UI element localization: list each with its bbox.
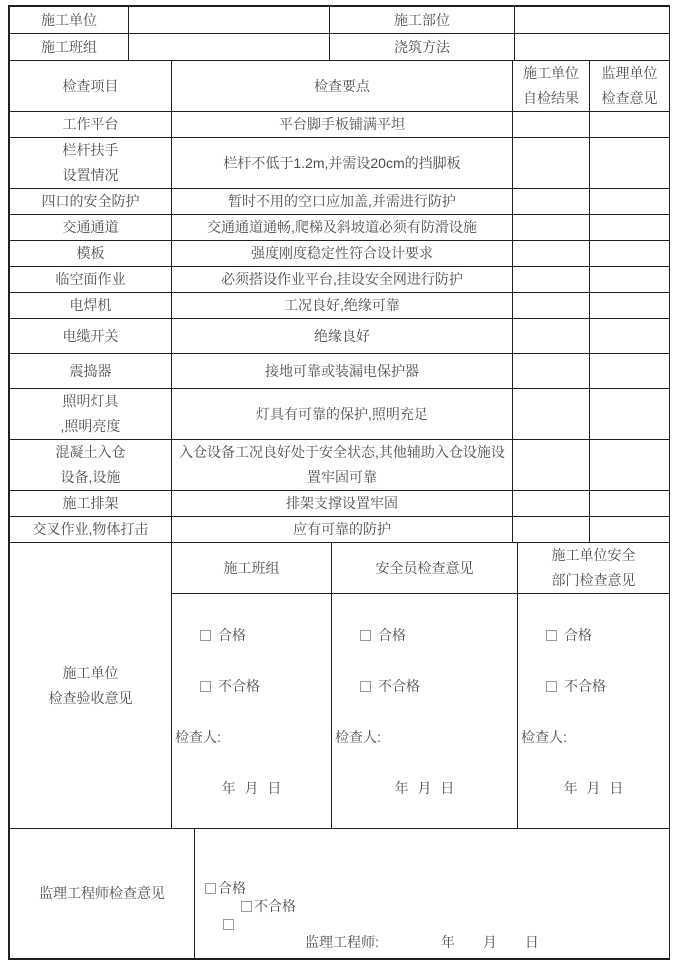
crew-review-cell: 合格 不合格 检查人: 年 月 日 — [172, 594, 332, 829]
fail-option[interactable]: 不合格 — [334, 673, 515, 699]
table-row: 四口的安全防护 暂时不用的空口应加盖,并需进行防护 — [10, 189, 670, 215]
item-label: 震捣器 — [10, 354, 172, 389]
self-check-result-cell[interactable] — [513, 189, 590, 215]
construction-crew-label: 施工班组 — [10, 34, 129, 61]
point-text: 绝缘良好 — [172, 319, 513, 354]
acceptance-header-row: 施工单位 检查验收意见 施工班组 安全员检查意见 施工单位安全 部门检查意见 — [10, 543, 670, 594]
table-row: 施工单位 施工部位 — [10, 7, 670, 34]
self-check-result-cell[interactable] — [513, 389, 590, 440]
table-row: 电焊机 工况良好,绝缘可靠 — [10, 293, 670, 319]
item-label: 栏杆扶手 设置情况 — [10, 138, 172, 189]
supervisor-opinion-cell[interactable] — [590, 517, 670, 543]
checkbox-icon[interactable] — [223, 919, 234, 930]
point-text: 必须搭设作业平台,挂设安全网进行防护 — [172, 267, 513, 293]
checkbox-icon[interactable] — [205, 883, 216, 894]
point-text: 应有可靠的防护 — [172, 517, 513, 543]
supervisor-signer-label: 监理工程师: — [305, 933, 379, 951]
safety-officer-review-cell: 合格 不合格 检查人: 年 月 日 — [332, 594, 518, 829]
table-row: 震捣器 接地可靠或装漏电保护器 — [10, 354, 670, 389]
acceptance-col-safety-officer: 安全员检查意见 — [332, 543, 518, 594]
point-text: 工况良好,绝缘可靠 — [172, 293, 513, 319]
inspector-label: 检查人: — [174, 724, 329, 750]
pass-label: 合格 — [378, 627, 406, 643]
item-label: 电焊机 — [10, 293, 172, 319]
self-check-result-cell[interactable] — [513, 440, 590, 491]
pass-option[interactable]: 合格 — [174, 622, 329, 648]
inspection-form: 施工单位 施工部位 施工班组 浇筑方法 检查项目 检查要点 施工单位 自检结果 … — [8, 5, 670, 960]
self-check-result-cell[interactable] — [513, 517, 590, 543]
other-option[interactable] — [223, 916, 236, 932]
self-check-result-cell[interactable] — [513, 241, 590, 267]
supervisor-opinion-cell[interactable] — [590, 440, 670, 491]
fail-option[interactable]: 不合格 — [241, 898, 296, 914]
item-label: 施工排架 — [10, 491, 172, 517]
pass-option[interactable]: 合格 — [520, 622, 667, 648]
supervisor-opinion-cell[interactable] — [590, 354, 670, 389]
construction-part-value[interactable] — [515, 7, 670, 34]
checkbox-icon[interactable] — [200, 630, 211, 641]
table-row: 模板 强度刚度稳定性符合设计要求 — [10, 241, 670, 267]
construction-unit-label: 施工单位 — [10, 7, 129, 34]
item-label: 交通通道 — [10, 215, 172, 241]
fail-label: 不合格 — [254, 898, 296, 914]
date-placeholder: 年 月 日 — [174, 775, 329, 801]
table-row: 施工排架 排架支撑设置牢固 — [10, 491, 670, 517]
construction-part-label: 施工部位 — [330, 7, 515, 34]
self-check-result-cell[interactable] — [513, 293, 590, 319]
supervisor-opinion-cell[interactable] — [590, 138, 670, 189]
point-text: 入仓设备工况良好处于安全状态,其他辅助入仓设施设 置牢固可靠 — [172, 440, 513, 491]
checklist-table: 检查项目 检查要点 施工单位 自检结果 监理单位 检查意见 工作平台 平台脚手板… — [9, 60, 670, 543]
table-row: 工作平台 平台脚手板铺满平坦 — [10, 112, 670, 138]
fail-option[interactable]: 不合格 — [520, 673, 667, 699]
checkbox-icon[interactable] — [360, 630, 371, 641]
date-placeholder: 年 月 日 — [520, 775, 667, 801]
point-text: 强度刚度稳定性符合设计要求 — [172, 241, 513, 267]
supervisor-opinion-cell[interactable] — [590, 389, 670, 440]
supervisor-table: 监理工程师检查意见 合格 不合格 监理工程师: 年 月 日 — [9, 828, 670, 959]
supervisor-opinion-area: 合格 不合格 监理工程师: 年 月 日 — [195, 829, 670, 959]
checkbox-icon[interactable] — [546, 630, 557, 641]
item-label: 混凝土入仓 设备,设施 — [10, 440, 172, 491]
date-placeholder: 年 月 日 — [334, 775, 515, 801]
checkbox-icon[interactable] — [200, 681, 211, 692]
item-label: 交叉作业,物体打击 — [10, 517, 172, 543]
fail-option[interactable]: 不合格 — [174, 673, 329, 699]
table-row: 施工班组 浇筑方法 — [10, 34, 670, 61]
item-label: 电缆开关 — [10, 319, 172, 354]
pouring-method-value[interactable] — [515, 34, 670, 61]
pass-option[interactable]: 合格 — [334, 622, 515, 648]
self-check-result-cell[interactable] — [513, 112, 590, 138]
pouring-method-label: 浇筑方法 — [330, 34, 515, 61]
table-row: 栏杆扶手 设置情况 栏杆不低于1.2m,并需设20cm的挡脚板 — [10, 138, 670, 189]
checkbox-icon[interactable] — [241, 901, 252, 912]
table-row: 临空面作业 必须搭设作业平台,挂设安全网进行防护 — [10, 267, 670, 293]
pass-label: 合格 — [564, 627, 592, 643]
acceptance-section-label: 施工单位 检查验收意见 — [10, 543, 172, 829]
pass-option[interactable]: 合格 — [205, 880, 246, 896]
fail-label: 不合格 — [378, 678, 420, 694]
acceptance-col-safety-dept: 施工单位安全 部门检查意见 — [518, 543, 670, 594]
self-check-result-cell[interactable] — [513, 215, 590, 241]
supervisor-opinion-cell[interactable] — [590, 215, 670, 241]
table-row: 电缆开关 绝缘良好 — [10, 319, 670, 354]
checklist-header-row: 检查项目 检查要点 施工单位 自检结果 监理单位 检查意见 — [10, 61, 670, 112]
item-label: 模板 — [10, 241, 172, 267]
item-label: 工作平台 — [10, 112, 172, 138]
col-header-supervisor: 监理单位 检查意见 — [590, 61, 670, 112]
acceptance-table: 施工单位 检查验收意见 施工班组 安全员检查意见 施工单位安全 部门检查意见 合… — [9, 542, 670, 829]
fail-label: 不合格 — [218, 678, 260, 694]
supervisor-opinion-cell[interactable] — [590, 491, 670, 517]
point-text: 接地可靠或装漏电保护器 — [172, 354, 513, 389]
table-row: 混凝土入仓 设备,设施 入仓设备工况良好处于安全状态,其他辅助入仓设施设 置牢固… — [10, 440, 670, 491]
point-text: 排架支撑设置牢固 — [172, 491, 513, 517]
supervisor-opinion-cell[interactable] — [590, 319, 670, 354]
col-header-item: 检查项目 — [10, 61, 172, 112]
point-text: 交通通道通畅,爬梯及斜坡道必须有防滑设施 — [172, 215, 513, 241]
table-row: 照明灯具 ,照明亮度 灯具有可靠的保护,照明充足 — [10, 389, 670, 440]
checkbox-icon[interactable] — [546, 681, 557, 692]
inspector-label: 检查人: — [520, 724, 667, 750]
point-text: 平台脚手板铺满平坦 — [172, 112, 513, 138]
self-check-result-cell[interactable] — [513, 138, 590, 189]
item-label: 照明灯具 ,照明亮度 — [10, 389, 172, 440]
acceptance-col-crew: 施工班组 — [172, 543, 332, 594]
pass-label: 合格 — [218, 627, 246, 643]
point-text: 暂时不用的空口应加盖,并需进行防护 — [172, 189, 513, 215]
table-row: 交叉作业,物体打击 应有可靠的防护 — [10, 517, 670, 543]
supervisor-row: 监理工程师检查意见 合格 不合格 监理工程师: 年 月 日 — [10, 829, 670, 959]
col-header-self-check: 施工单位 自检结果 — [513, 61, 590, 112]
checkbox-icon[interactable] — [360, 681, 371, 692]
supervisor-section-label: 监理工程师检查意见 — [10, 829, 195, 959]
self-check-result-cell[interactable] — [513, 491, 590, 517]
supervisor-opinion-cell[interactable] — [590, 293, 670, 319]
point-text: 灯具有可靠的保护,照明充足 — [172, 389, 513, 440]
supervisor-opinion-cell[interactable] — [590, 189, 670, 215]
self-check-result-cell[interactable] — [513, 319, 590, 354]
self-check-result-cell[interactable] — [513, 267, 590, 293]
info-table: 施工单位 施工部位 施工班组 浇筑方法 — [9, 6, 670, 61]
supervisor-opinion-cell[interactable] — [590, 267, 670, 293]
point-text: 栏杆不低于1.2m,并需设20cm的挡脚板 — [172, 138, 513, 189]
self-check-result-cell[interactable] — [513, 354, 590, 389]
supervisor-opinion-cell[interactable] — [590, 112, 670, 138]
item-label: 临空面作业 — [10, 267, 172, 293]
item-label: 四口的安全防护 — [10, 189, 172, 215]
construction-unit-value[interactable] — [129, 7, 330, 34]
table-row: 交通通道 交通通道通畅,爬梯及斜坡道必须有防滑设施 — [10, 215, 670, 241]
safety-dept-review-cell: 合格 不合格 检查人: 年 月 日 — [518, 594, 670, 829]
pass-label: 合格 — [218, 880, 246, 896]
fail-label: 不合格 — [564, 678, 606, 694]
construction-crew-value[interactable] — [129, 34, 330, 61]
col-header-point: 检查要点 — [172, 61, 513, 112]
supervisor-opinion-cell[interactable] — [590, 241, 670, 267]
date-placeholder: 年 月 日 — [441, 933, 539, 951]
inspector-label: 检查人: — [334, 724, 515, 750]
